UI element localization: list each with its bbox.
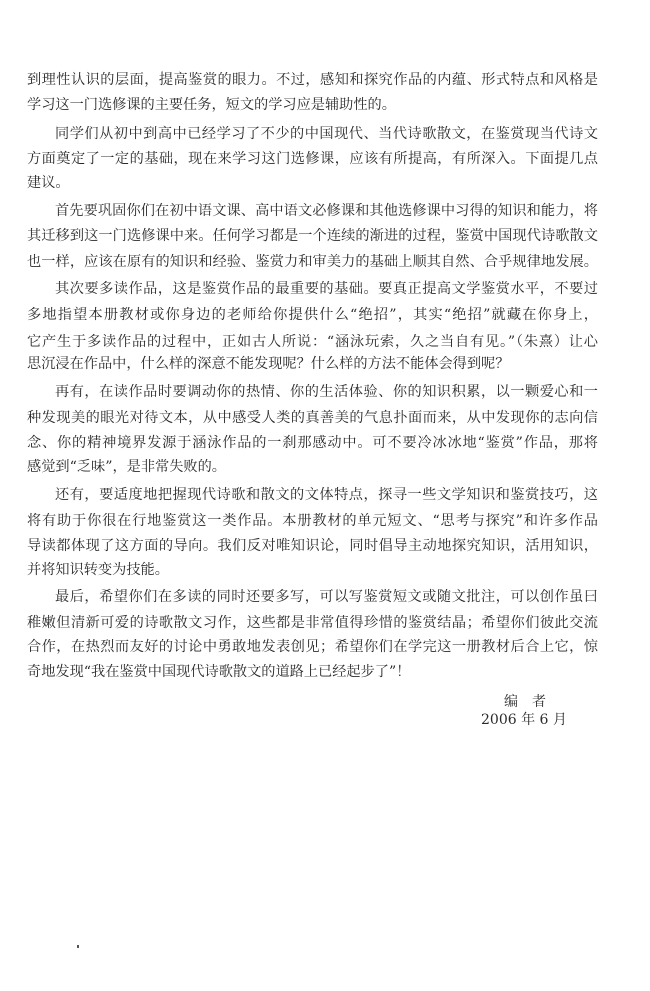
text-line: 奇地发现“我在鉴赏中国现代诗歌散文的道路上已经起步了”！ bbox=[27, 662, 598, 682]
text-line: 它产生于多读作品的过程中，正如古人所说：“涵泳玩索，久之当自有见。”（朱熹）让心 bbox=[27, 332, 598, 352]
text-line: 思沉浸在作品中，什么样的深意不能发现呢？什么样的方法不能体会得到呢？ bbox=[27, 354, 598, 374]
text-line: 将有助于你很在行地鉴赏这一类作品。本册教材的单元短文、“思考与探究”和许多作品 bbox=[27, 511, 598, 531]
text-line: 其次要多读作品，这是鉴赏作品的最重要的基础。要真正提高文学鉴赏水平，不要过 bbox=[55, 279, 598, 299]
text-line: 建议。 bbox=[27, 173, 598, 193]
text-line: 并将知识转变为技能。 bbox=[27, 560, 598, 580]
text-line: 种发现美的眼光对待文本，从中感受人类的真善美的气息扑面而来，从中发现你的志向信 bbox=[27, 408, 598, 428]
text-line: 念、你的精神境界发源于涵泳作品的一刹那感动中。可不要冷冰冰地“鉴赏”作品，那将 bbox=[27, 433, 598, 453]
text-line: 最后，希望你们在多读的同时还要多写，可以写鉴赏短文或随文批注，可以创作虽曰 bbox=[55, 587, 598, 607]
signature-date: 2006 年 6 月 bbox=[481, 711, 567, 729]
text-line: 多地指望本册教材或你身边的老师给你提供什么“绝招”，其实“绝招”就藏在你身上， bbox=[27, 305, 598, 325]
text-line: 稚嫩但清新可爱的诗歌散文习作，这些都是非常值得珍惜的鉴赏结晶；希望你们彼此交流 bbox=[27, 613, 598, 633]
text-line: 到理性认识的层面，提高鉴赏的眼力。不过，感知和探究作品的内蕴、形式特点和风格是 bbox=[27, 70, 598, 90]
text-line: 还有，要适度地把握现代诗歌和散文的文体特点，探寻一些文学知识和鉴赏技巧，这 bbox=[55, 485, 598, 505]
text-line: 同学们从初中到高中已经学习了不少的中国现代、当代诗歌散文，在鉴赏现当代诗文 bbox=[55, 124, 598, 144]
text-line: 导读都体现了这方面的导向。我们反对唯知识论，同时倡导主动地探究知识，活用知识， bbox=[27, 536, 598, 556]
text-line: 感觉到“乏味”，是非常失败的。 bbox=[27, 457, 598, 477]
text-line: 学习这一门选修课的主要任务，短文的学习应是辅助性的。 bbox=[27, 95, 598, 115]
text-line: 合作，在热烈而友好的讨论中勇敢地发表创见；希望你们在学完这一册教材后合上它，惊 bbox=[27, 637, 598, 657]
text-line: 再有，在读作品时要调动你的热情、你的生活体验、你的知识积累，以一颗爱心和一 bbox=[55, 382, 598, 402]
scan-speck bbox=[77, 945, 79, 948]
text-line: 也一样，应该在原有的知识和经验、鉴赏力和审美力的基础上顺其自然、合乎规律地发展。 bbox=[27, 252, 598, 272]
text-line: 方面奠定了一定的基础，现在来学习这门选修课，应该有所提高，有所深入。下面提几点 bbox=[27, 149, 598, 169]
text-line: 其迁移到这一门选修课中来。任何学习都是一个连续的渐进的过程，鉴赏中国现代诗歌散文 bbox=[27, 226, 598, 246]
text-line: 首先要巩固你们在初中语文课、高中语文必修课和其他选修课中习得的知识和能力，将 bbox=[55, 201, 598, 221]
document-page: 到理性认识的层面，提高鉴赏的眼力。不过，感知和探究作品的内蕴、形式特点和风格是 … bbox=[0, 0, 650, 991]
signature-author: 编 者 bbox=[504, 693, 546, 711]
